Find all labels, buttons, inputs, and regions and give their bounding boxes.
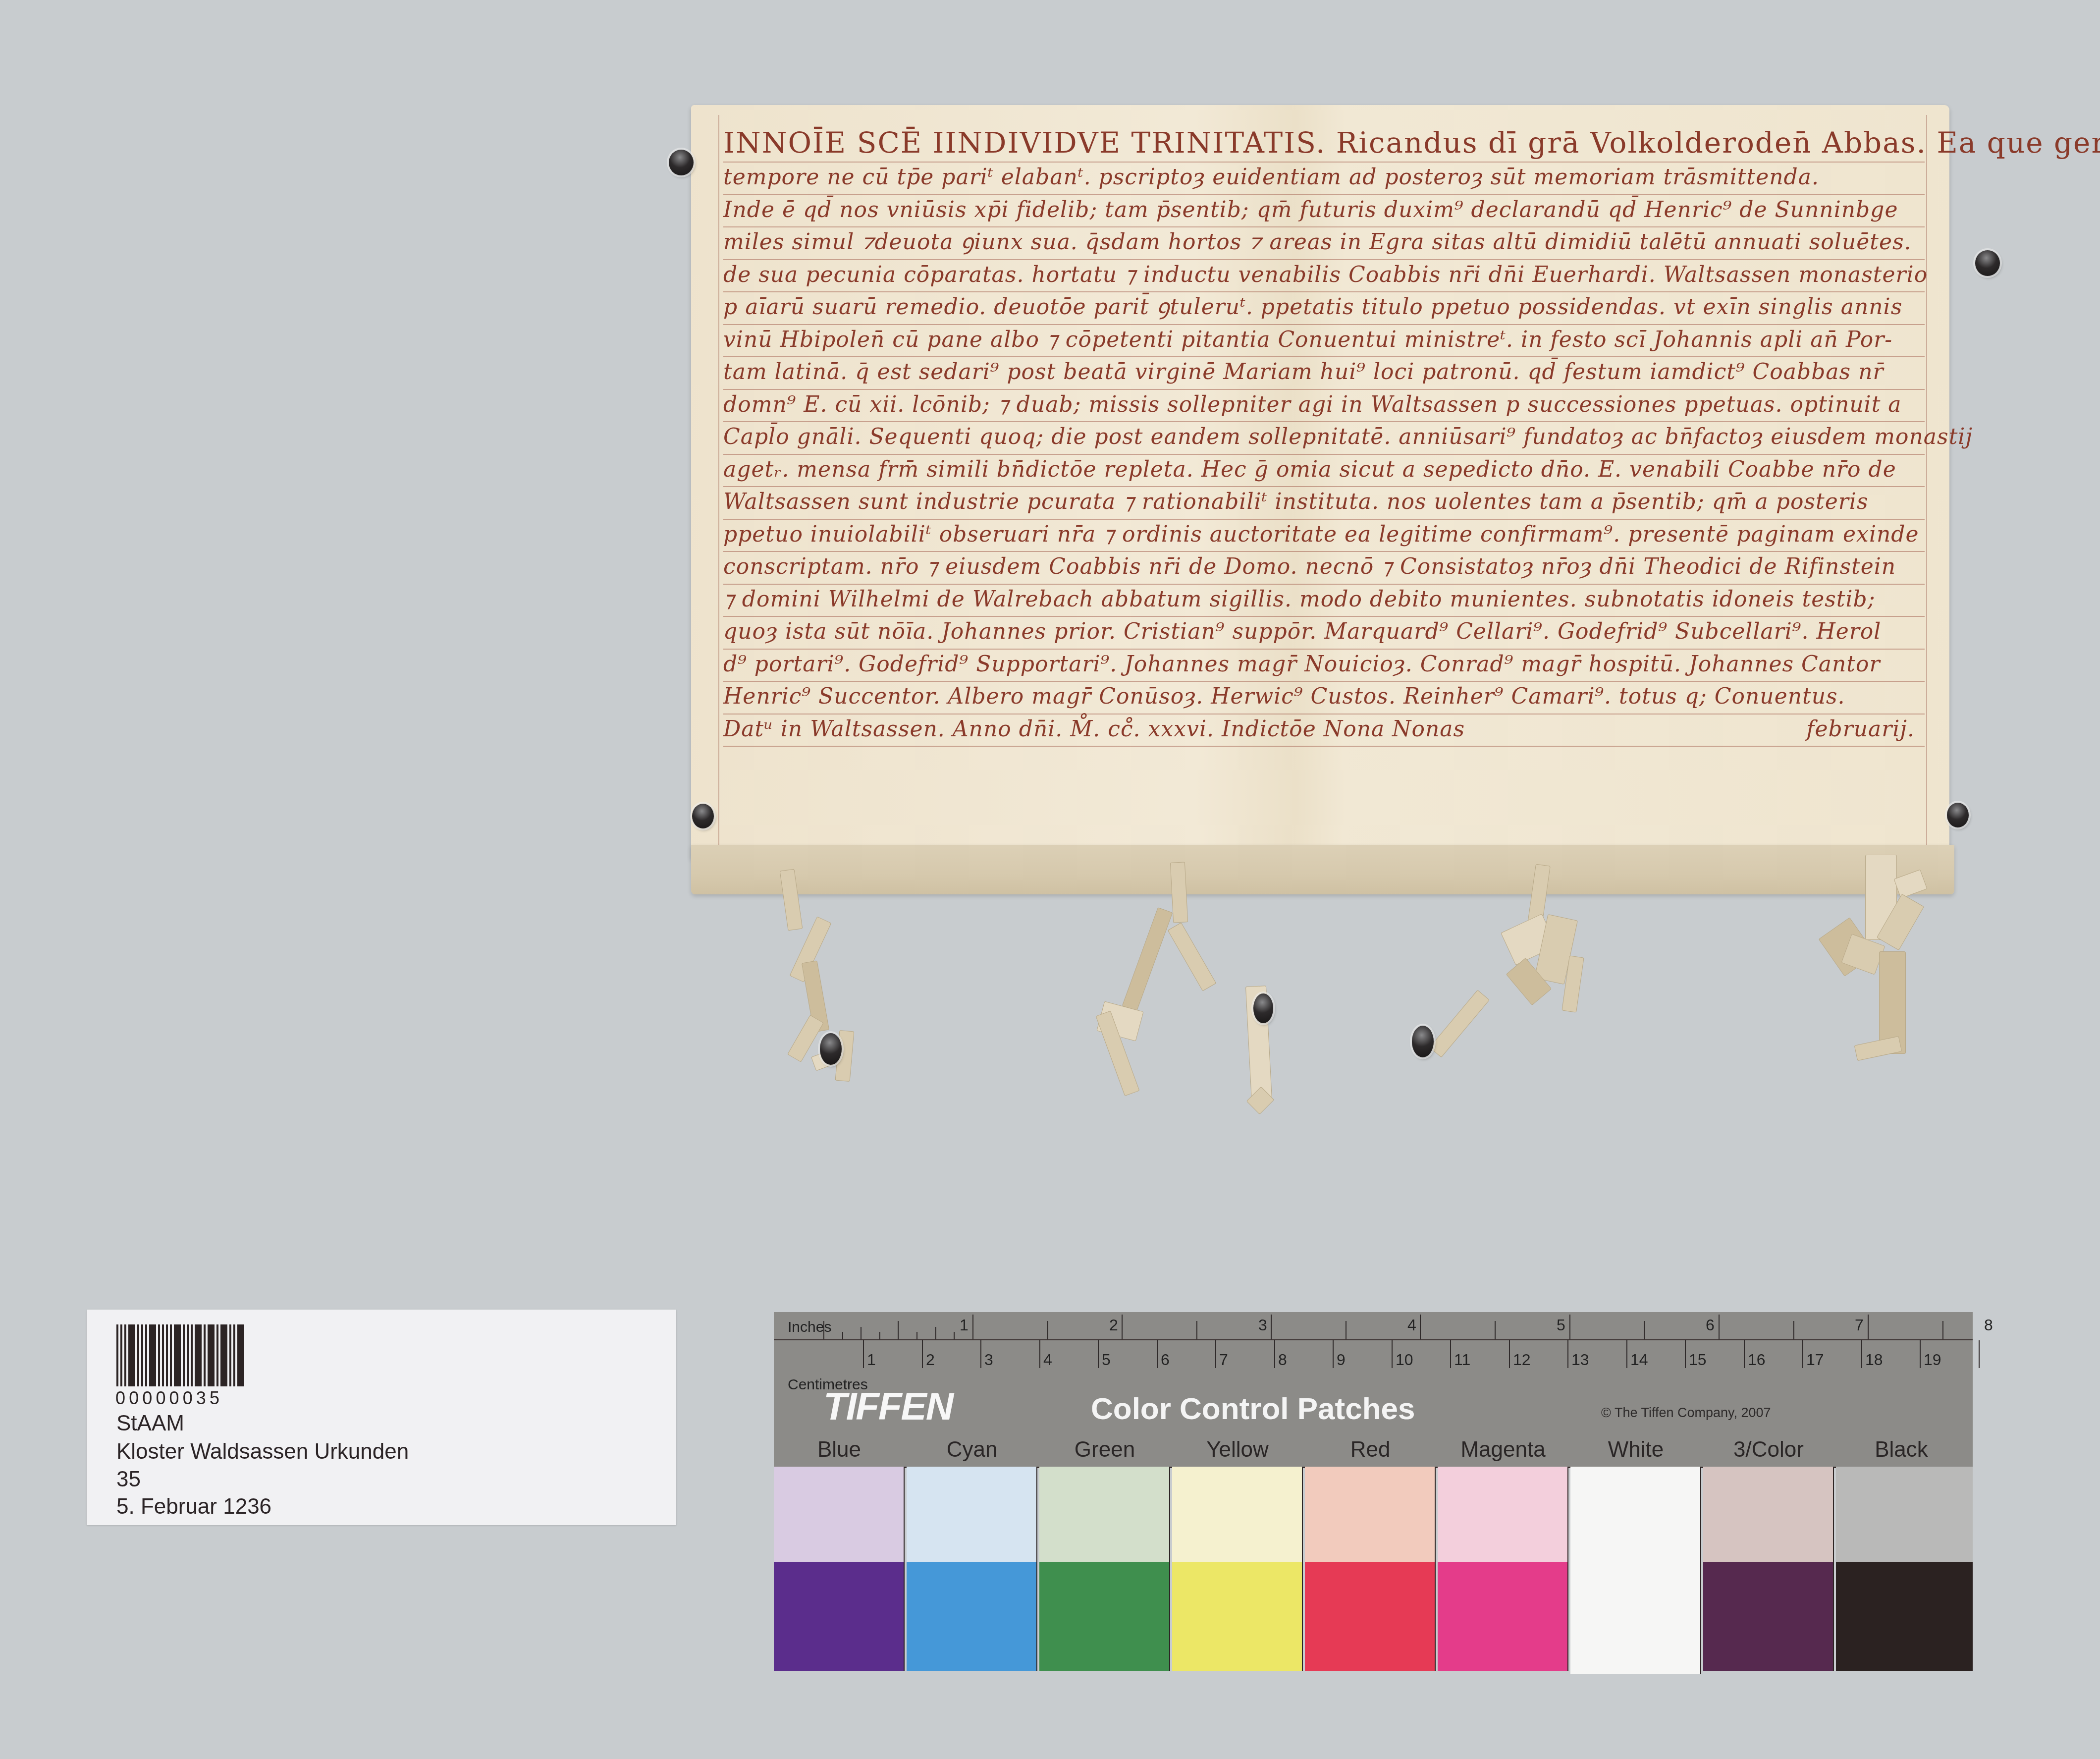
inch-mark: 4	[1407, 1316, 1416, 1334]
patch-label-red: Red	[1305, 1437, 1436, 1462]
patch-magenta-light	[1438, 1467, 1568, 1562]
patch-cyan-light	[907, 1467, 1037, 1562]
charter-line: conscriptam. nr̄o ⁊ eiusdem Coabbis nr̄i…	[723, 552, 1925, 585]
dating-nonas: Nonas	[1392, 715, 1465, 744]
cm-mark: 14	[1630, 1351, 1648, 1369]
barcode-digit: 0	[156, 1388, 165, 1409]
cm-mark: 18	[1865, 1351, 1883, 1369]
charter-dating-line: Datᵘ in Waltsassen. Anno dn̄i. M̊. cc̊. …	[723, 715, 1925, 747]
cm-mark: 12	[1513, 1351, 1531, 1369]
barcode-digit: 0	[142, 1388, 152, 1409]
ruler-divider	[774, 1339, 1973, 1340]
inch-mark: 6	[1706, 1316, 1715, 1334]
cm-mark: 9	[1337, 1351, 1346, 1369]
patch-blue-dark	[774, 1562, 905, 1671]
cm-mark: 1	[867, 1351, 876, 1369]
patch-label-cyan: Cyan	[907, 1437, 1037, 1462]
dating-month: februarij.	[1806, 715, 1915, 744]
cord-pin-icon	[820, 1033, 842, 1065]
barcode	[116, 1324, 246, 1386]
inch-mark: 7	[1855, 1316, 1864, 1334]
chart-title: Color Control Patches	[1091, 1391, 1415, 1427]
barcode-digit: 0	[129, 1388, 139, 1409]
cm-mark: 15	[1689, 1351, 1707, 1369]
archive-label: 0 0 0 0 0 0 3 5 StAAM Kloster Waldsassen…	[87, 1310, 676, 1525]
inch-mark: 3	[1258, 1316, 1267, 1334]
inch-mark: 1	[960, 1316, 969, 1334]
charter-line: de sua pecunia cōparatas. hortatu ⁊ indu…	[723, 260, 1925, 293]
chart-header: Inches Centimetres 1 2 3 4 5 6 7 8	[774, 1312, 1973, 1468]
patch-label-white: White	[1570, 1437, 1701, 1462]
patch-cyan-dark	[907, 1562, 1037, 1671]
cord-pin-icon	[1253, 993, 1273, 1023]
charter-line-1: INNOĪE SCĒ IINDIVIDVE TRINITATIS. Ricand…	[723, 125, 1925, 163]
patch-red-light	[1305, 1467, 1436, 1562]
tiffen-color-chart: Inches Centimetres 1 2 3 4 5 6 7 8	[774, 1312, 1973, 1674]
cm-mark: 11	[1454, 1351, 1470, 1369]
patch-green-dark	[1039, 1562, 1170, 1671]
cord-pin-icon	[1412, 1026, 1434, 1057]
patch-yellow-dark	[1172, 1562, 1303, 1671]
cm-mark: 16	[1748, 1351, 1766, 1369]
barcode-digit: 0	[115, 1388, 125, 1409]
label-date: 5. Februar 1236	[116, 1494, 271, 1519]
left-margin-ruling	[718, 115, 719, 858]
barcode-digit: 0	[169, 1388, 179, 1409]
patch-label-3color: 3/Color	[1703, 1437, 1834, 1462]
tiffen-logo: TIFFEN	[823, 1384, 953, 1429]
patch-label-green: Green	[1039, 1437, 1170, 1462]
inch-mark: 2	[1109, 1316, 1118, 1334]
label-collection: Kloster Waldsassen Urkunden	[116, 1439, 409, 1464]
charter-line: Waltsassen sunt industrie pcurata ⁊ rati…	[723, 487, 1925, 520]
label-number: 35	[116, 1467, 141, 1492]
charter-text: INNOĪE SCĒ IINDIVIDVE TRINITATIS. Ricand…	[723, 125, 1925, 747]
inch-mark: 5	[1557, 1316, 1565, 1334]
patch-black-dark	[1836, 1562, 1973, 1671]
chart-copyright: © The Tiffen Company, 2007	[1601, 1405, 1771, 1421]
patch-magenta-dark	[1438, 1562, 1568, 1671]
cm-mark: 13	[1571, 1351, 1589, 1369]
label-archive: StAAM	[116, 1411, 184, 1436]
charter-line: domn⁹ E. cū xii. lcōnib; ⁊ duab; missis …	[723, 390, 1925, 423]
patch-3color-dark	[1703, 1562, 1834, 1671]
mounting-pin-icon	[1947, 803, 1969, 827]
inches-label: Inches	[788, 1319, 831, 1336]
charter-line: tempore ne cū tp̄e pariᵗ elabanᵗ. pscrip…	[723, 163, 1925, 195]
patch-red-dark	[1305, 1562, 1436, 1671]
cm-mark: 10	[1396, 1351, 1413, 1369]
charter-line: vinū Hbipolen̄ cū pane albo ⁊ cōpetenti …	[723, 325, 1925, 358]
patch-label-yellow: Yellow	[1172, 1437, 1303, 1462]
cm-mark: 4	[1043, 1351, 1052, 1369]
mounting-pin-icon	[669, 150, 694, 175]
charter-parchment: INNOĪE SCĒ IINDIVIDVE TRINITATIS. Ricand…	[691, 105, 1949, 858]
charter-line: Henric⁹ Succentor. Albero magr̄ Conūsoȝ.…	[723, 682, 1925, 715]
charter-line: ⁊ domini Wilhelmi de Walrebach abbatum s…	[723, 585, 1925, 617]
cm-mark: 19	[1924, 1351, 1941, 1369]
right-margin-ruling	[1926, 115, 1927, 858]
patch-green-light	[1039, 1467, 1170, 1562]
mounting-pin-icon	[1975, 250, 2000, 276]
patch-label-blue: Blue	[774, 1437, 905, 1462]
charter-line: agetᵣ. mensa frm̄ simili bn̄dictōe reple…	[723, 455, 1925, 488]
cm-mark: 7	[1219, 1351, 1228, 1369]
charter-line: Capl̄o gnāli. Sequenti quoq; die post ea…	[723, 422, 1925, 455]
patch-label-magenta: Magenta	[1438, 1437, 1568, 1462]
barcode-digit: 0	[183, 1388, 193, 1409]
cm-mark: 8	[1278, 1351, 1287, 1369]
charter-line: tam latinā. q̄ est sedari⁹ post beatā vi…	[723, 357, 1925, 390]
cm-mark: 17	[1806, 1351, 1824, 1369]
charter-line: miles simul ⁊deuota ꝯiunx sua. q̄sdam ho…	[723, 227, 1925, 260]
patch-black-light	[1836, 1467, 1973, 1562]
patch-yellow-light	[1172, 1467, 1303, 1562]
charter-line: ppetuo inuiolabiliᵗ obseruari nr̄a ⁊ ord…	[723, 520, 1925, 552]
cm-mark: 5	[1102, 1351, 1111, 1369]
barcode-digit: 5	[210, 1388, 219, 1409]
cm-mark: 2	[926, 1351, 935, 1369]
charter-line: d⁹ portari⁹. Godefrid⁹ Supportari⁹. Joha…	[723, 650, 1925, 682]
patch-label-black: Black	[1836, 1437, 1967, 1462]
patch-3color-light	[1703, 1467, 1834, 1562]
charter-line: quoȝ ista sūt nōīa. Johannes prior. Cris…	[723, 617, 1925, 650]
cm-mark: 3	[984, 1351, 993, 1369]
barcode-number: 0 0 0 0 0 0 3 5	[115, 1388, 219, 1409]
dating-clause: Datᵘ in Waltsassen. Anno dn̄i. M̊. cc̊. …	[723, 716, 1385, 742]
inch-mark: 8	[1984, 1316, 1993, 1334]
plica-fold	[691, 845, 1954, 894]
cm-mark: 6	[1161, 1351, 1170, 1369]
charter-line: p aīarū suarū remedio. deuotōe parit̄ ꝯt…	[723, 292, 1925, 325]
mounting-pin-icon	[692, 804, 714, 828]
patch-white	[1570, 1467, 1701, 1674]
charter-line: Inde ē qd̄ nos vniūsis xp̄i fidelib; tam…	[723, 195, 1925, 228]
barcode-digit: 3	[196, 1388, 206, 1409]
patch-blue-light	[774, 1467, 905, 1562]
